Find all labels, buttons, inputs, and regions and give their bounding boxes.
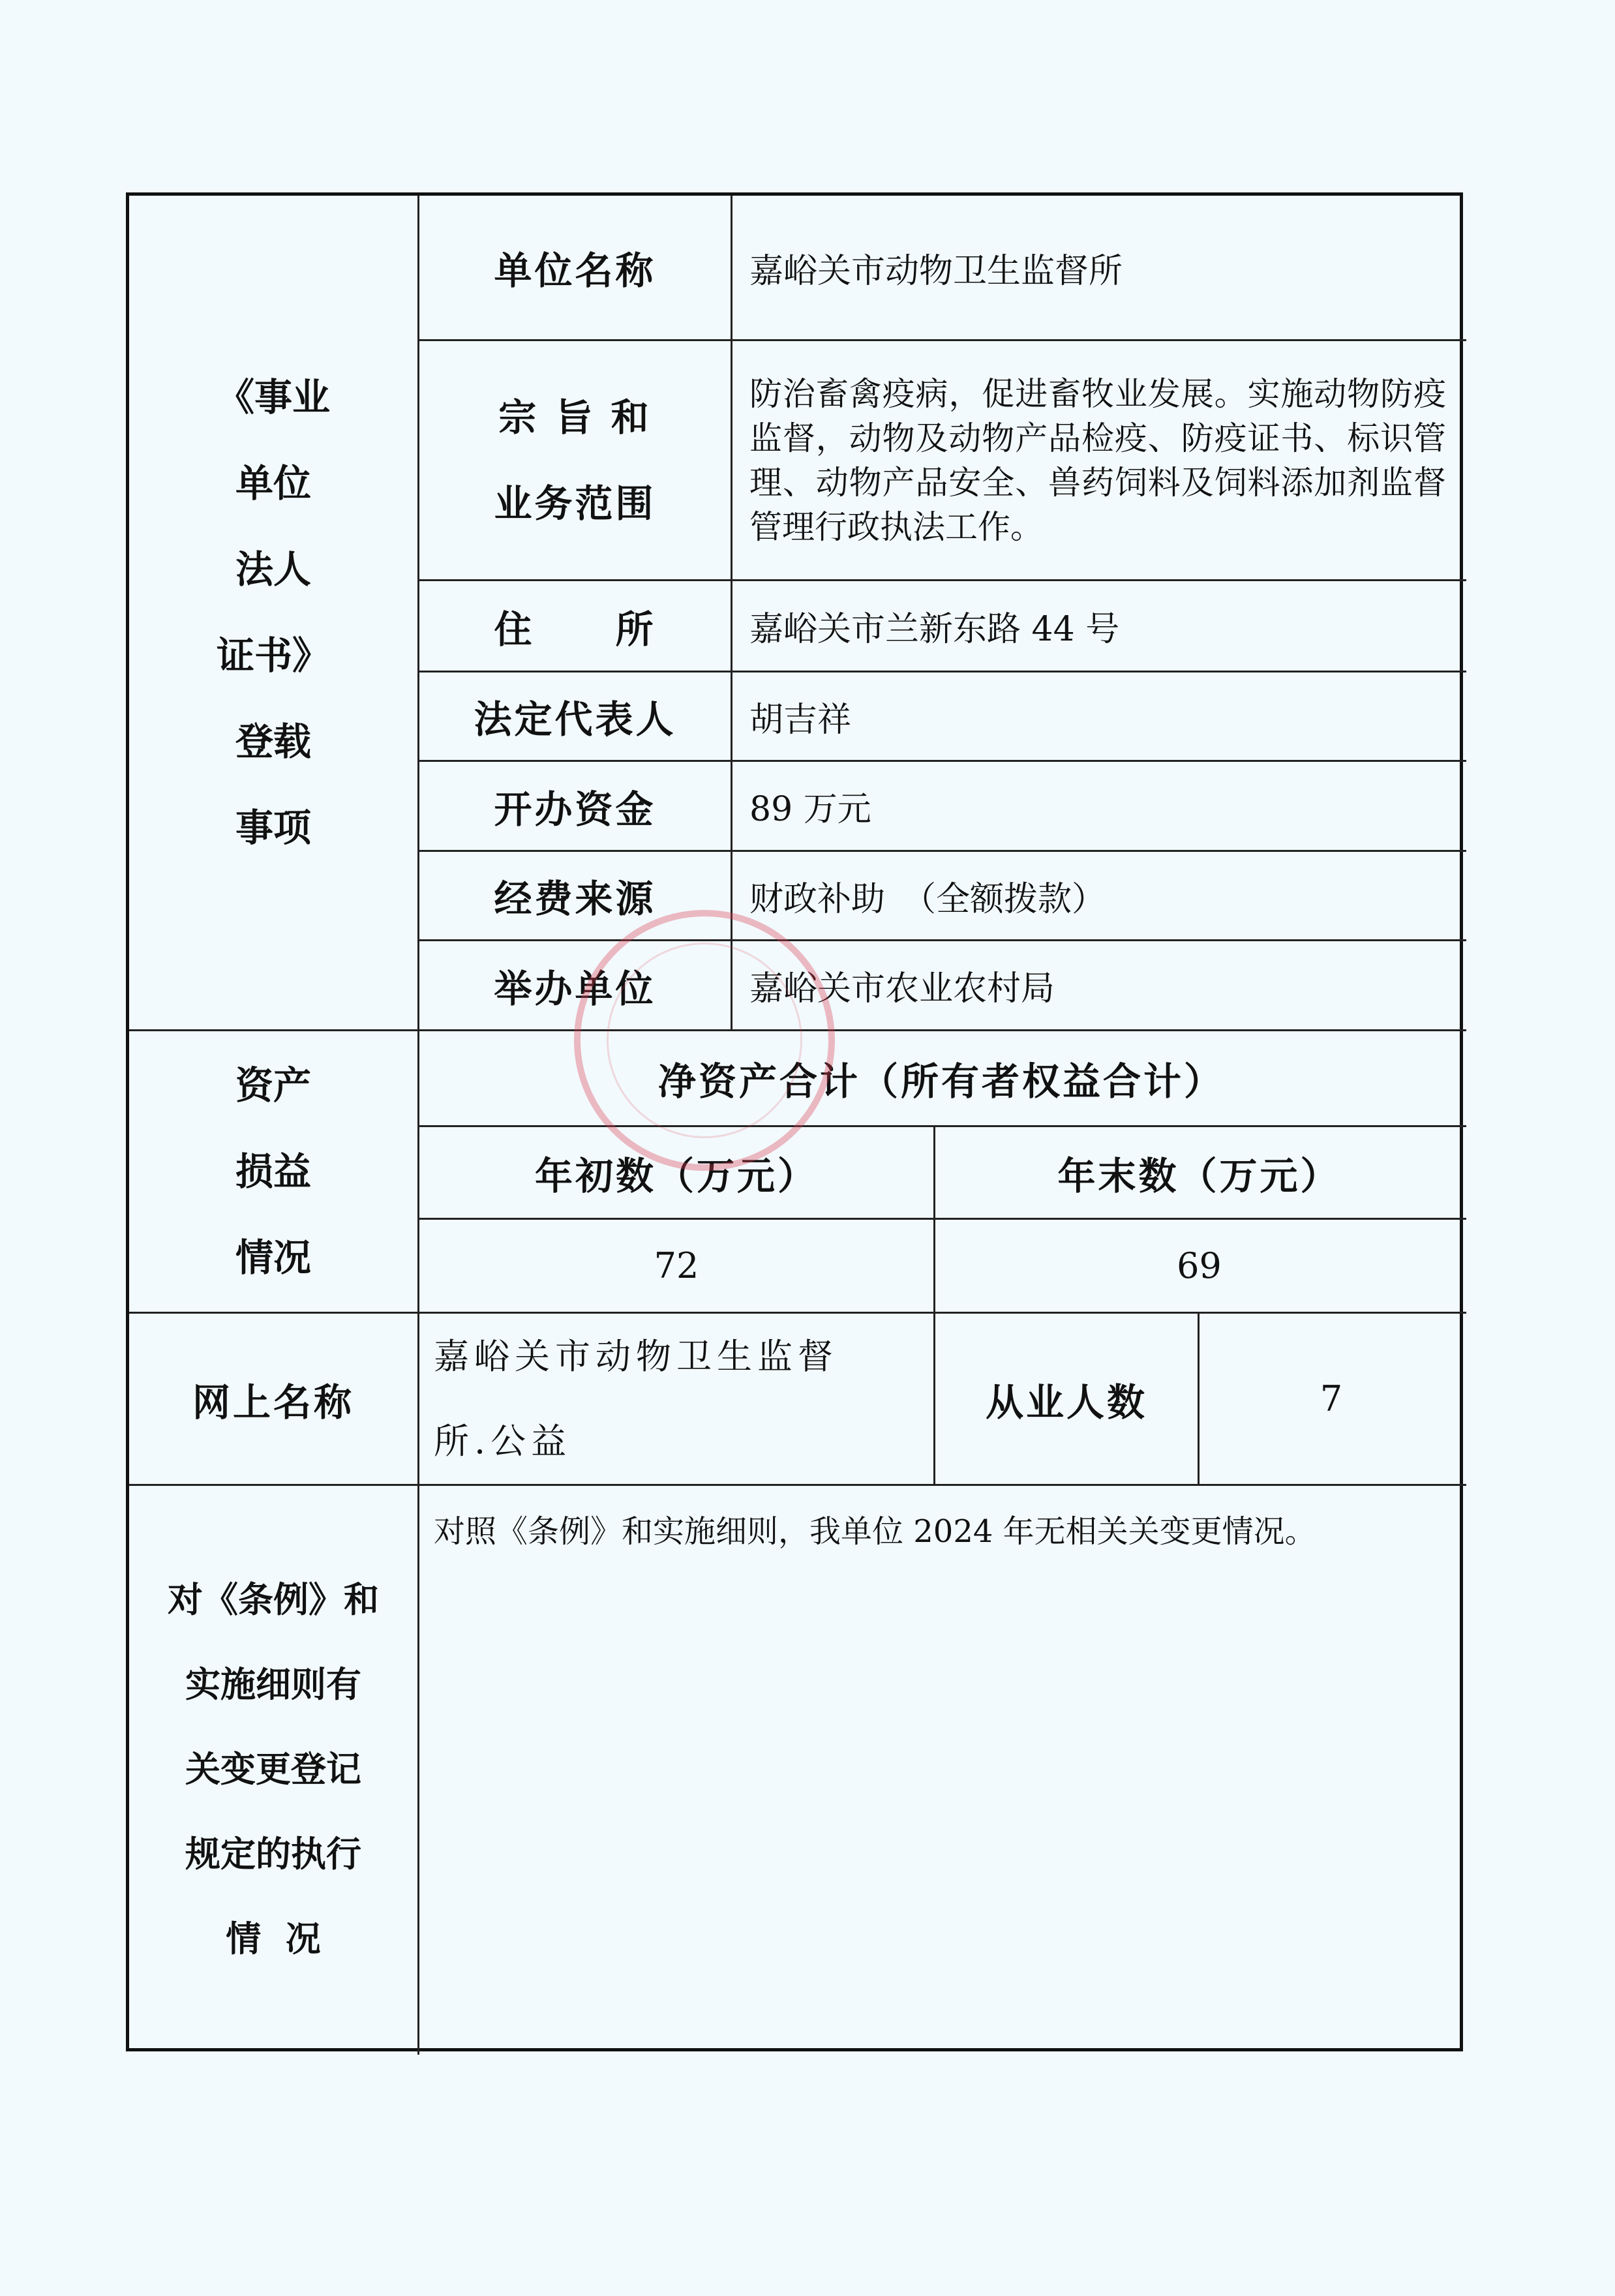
value-sponsor: 嘉峪关市农业农村局	[732, 941, 1463, 1029]
label-purpose: 宗 旨 和 业务范围	[419, 341, 731, 579]
net-assets-header: 净资产合计（所有者权益合计）	[419, 1031, 1463, 1125]
section-label-assets: 资产 损益 情况	[129, 1031, 417, 1312]
section-label-changes: 对《条例》和 实施细则有 关变更登记 规定的执行 情 况	[129, 1486, 417, 2051]
registration-table: 《事业 单位 法人 证书》 登载 事项 单位名称 嘉峪关市动物卫生监督所 宗 旨…	[126, 192, 1463, 2051]
value-purpose: 防治畜禽疫病，促进畜牧业发展。实施动物防疫监督，动物及动物产品检疫、防疫证书、标…	[732, 341, 1463, 579]
label-legal-rep: 法定代表人	[419, 672, 731, 760]
value-online-name: 嘉峪关市动物卫生监督 所.公益	[419, 1314, 933, 1484]
section-label-registration: 《事业 单位 法人 证书》 登载 事项	[129, 196, 417, 1029]
value-changes: 对照《条例》和实施细则，我单位 2024 年无相关关变更情况。	[419, 1486, 1463, 1571]
label-capital: 开办资金	[419, 762, 731, 850]
label-unit-name: 单位名称	[419, 196, 731, 339]
label-staff-count: 从业人数	[935, 1314, 1198, 1484]
label-sponsor: 举办单位	[419, 941, 731, 1029]
value-unit-name: 嘉峪关市动物卫生监督所	[732, 196, 1463, 339]
value-start: 72	[419, 1220, 933, 1312]
col-header-end: 年末数（万元）	[935, 1127, 1463, 1218]
value-address: 嘉峪关市兰新东路 44 号	[732, 581, 1463, 671]
label-funding-source: 经费来源	[419, 852, 731, 939]
value-legal-rep: 胡吉祥	[732, 672, 1463, 760]
col-header-start: 年初数（万元）	[419, 1127, 933, 1218]
value-funding-source: 财政补助 （全额拨款）	[732, 852, 1463, 939]
label-online-name: 网上名称	[129, 1314, 417, 1484]
value-staff-count: 7	[1200, 1314, 1463, 1484]
value-end: 69	[935, 1220, 1463, 1312]
label-address: 住 所	[419, 581, 731, 671]
value-capital: 89 万元	[732, 762, 1463, 850]
